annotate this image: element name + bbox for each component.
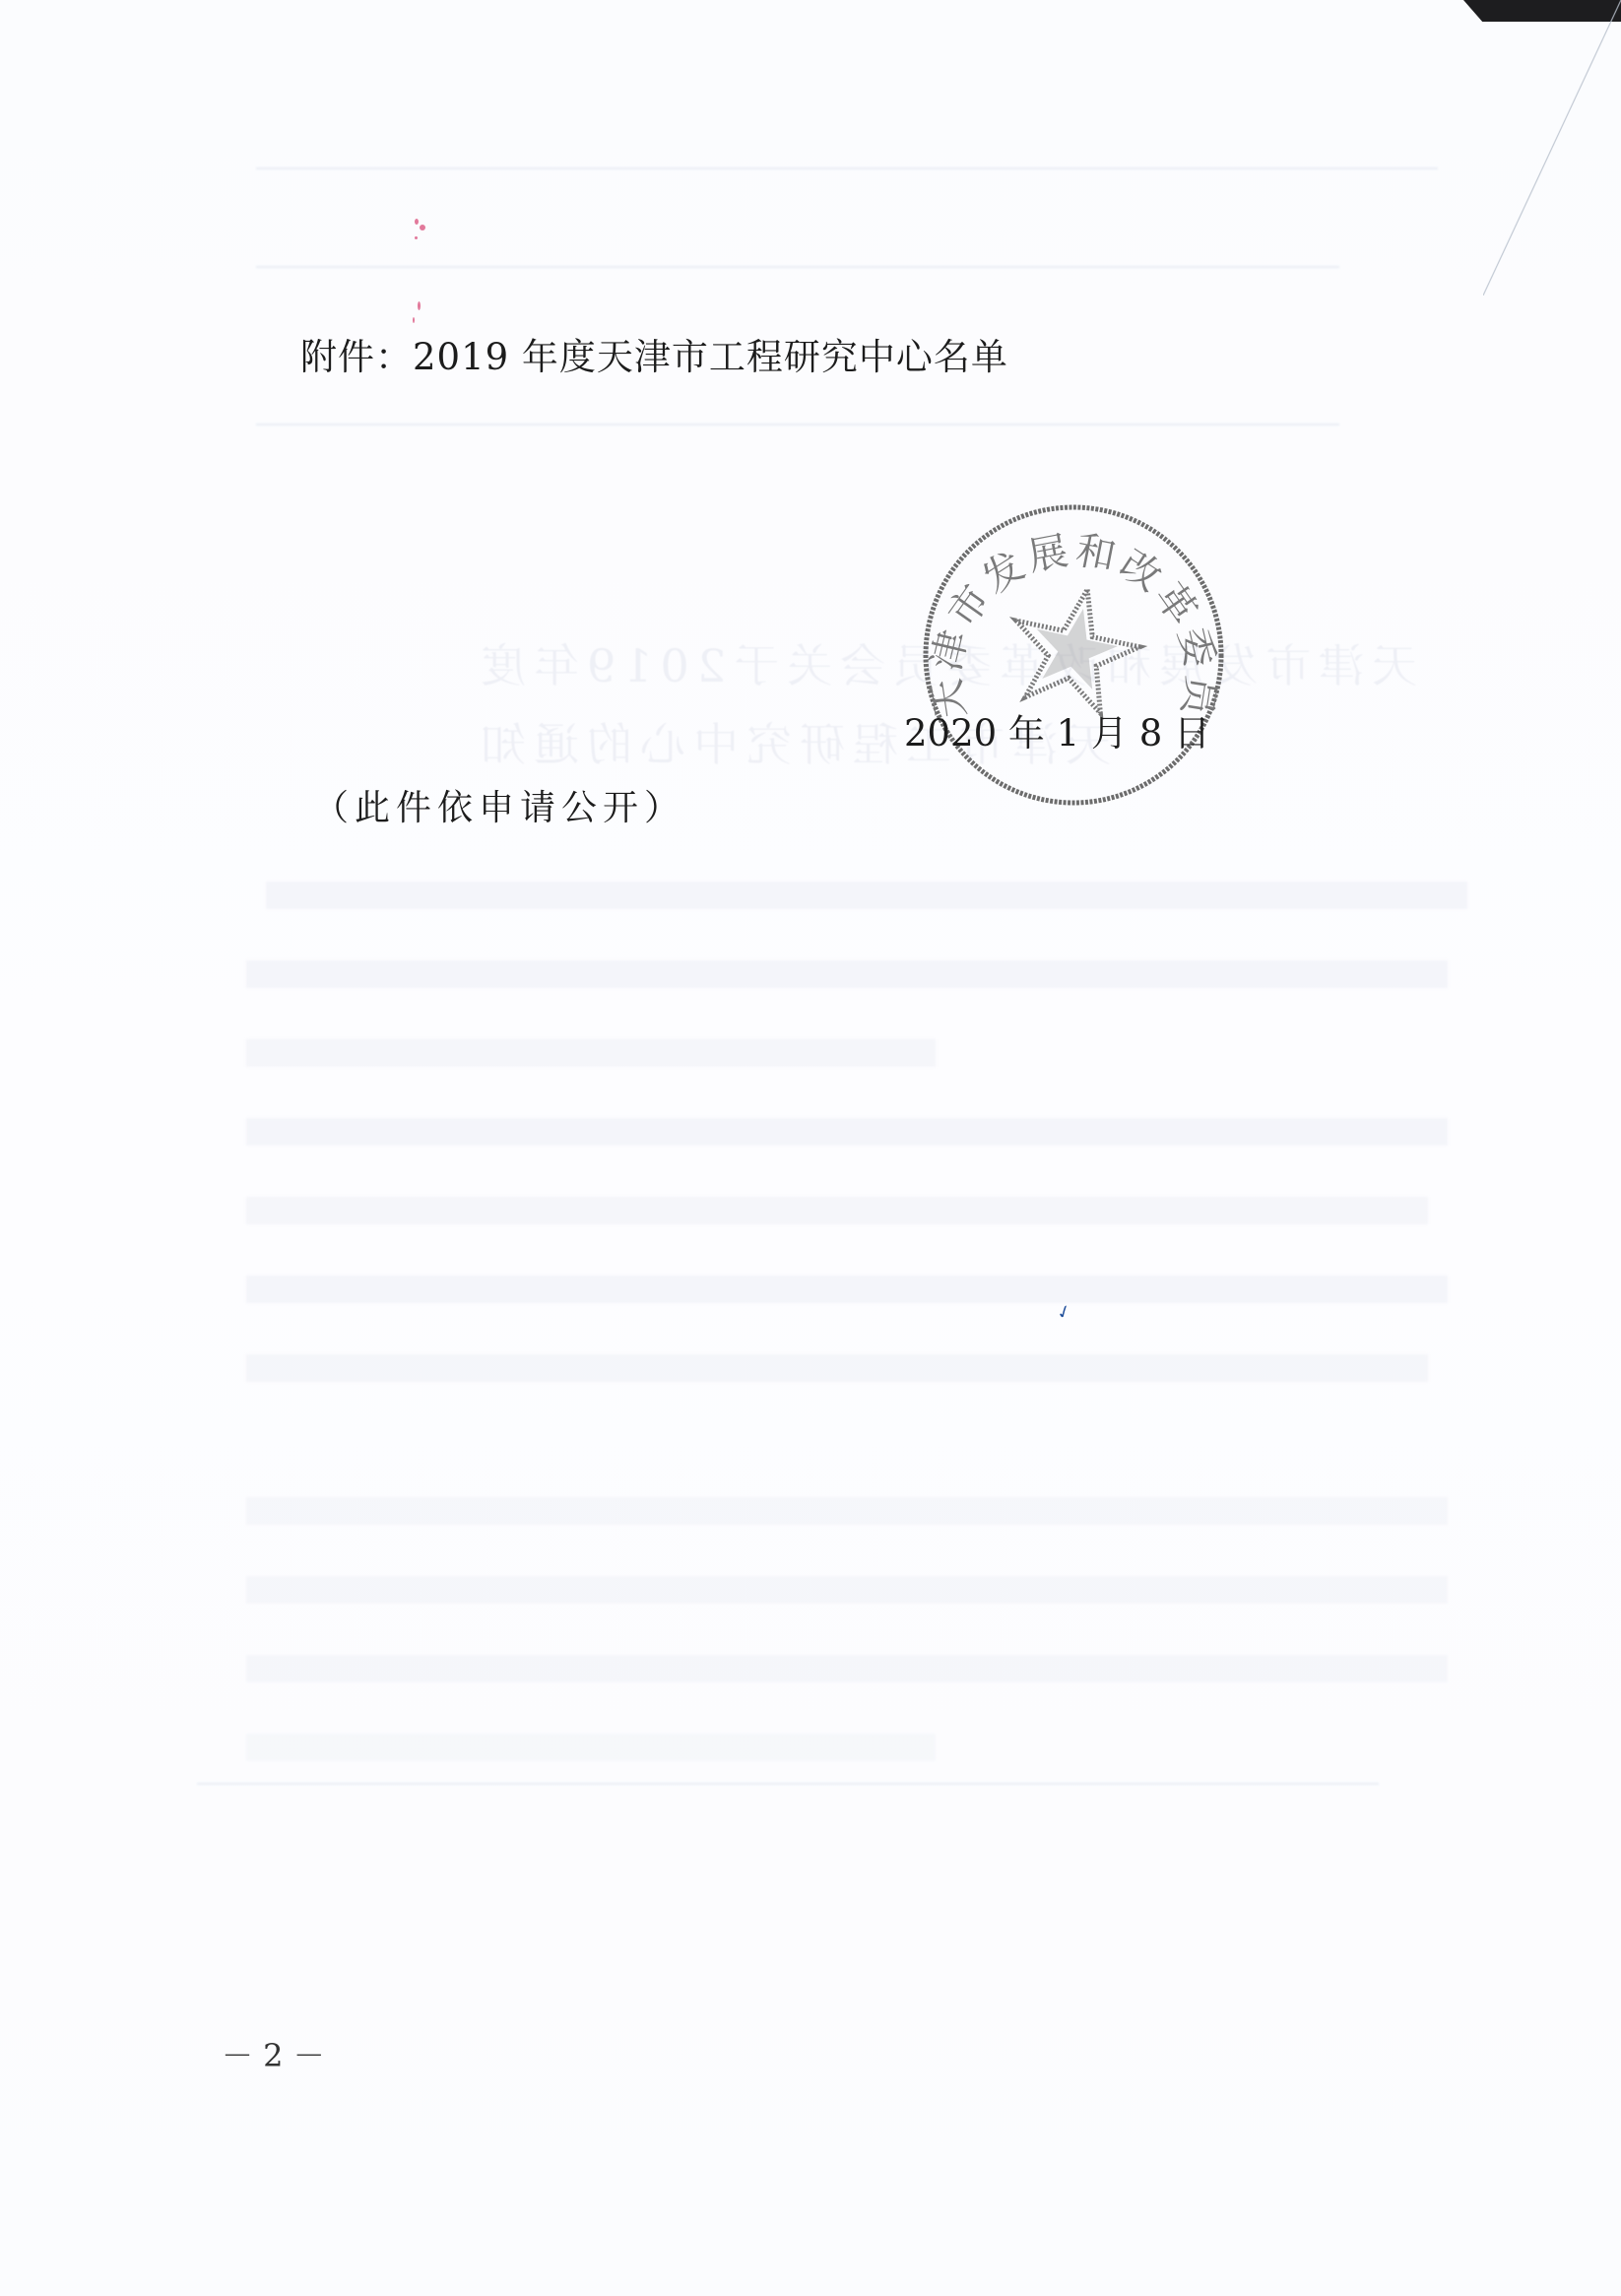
scanned-page: 天津市发展和改革委员会关于2019年度 天津市工程研究中心的通知 附件：2019… xyxy=(0,0,1621,2296)
bleed-through-paragraph xyxy=(266,882,1467,909)
page-fold-line xyxy=(1483,0,1621,295)
bleed-through-line xyxy=(256,266,1339,268)
bleed-through-paragraph xyxy=(246,1734,936,1761)
disclosure-note: （此件依申请公开） xyxy=(313,780,685,830)
bleed-through-paragraph xyxy=(246,1039,936,1067)
bleed-through-paragraph xyxy=(246,1197,1428,1224)
document-date: 2020 年 1 月 8 日 xyxy=(904,703,1210,756)
bleed-through-paragraph xyxy=(246,1655,1448,1682)
bleed-through-line xyxy=(256,167,1438,169)
bleed-through-paragraph xyxy=(246,1354,1428,1382)
bleed-through-paragraph xyxy=(246,1497,1448,1525)
bleed-through-line xyxy=(256,424,1339,426)
ink-speck xyxy=(415,236,418,239)
pen-mark: ✓ xyxy=(1054,1300,1074,1325)
bleed-through-paragraph xyxy=(246,1576,1448,1604)
bleed-through-paragraph xyxy=(246,1276,1448,1303)
bleed-through-paragraph xyxy=(246,1118,1448,1146)
ink-speck xyxy=(413,317,415,323)
bleed-through-paragraph xyxy=(246,960,1448,988)
ink-speck xyxy=(420,225,425,230)
ink-speck xyxy=(415,219,419,225)
ink-speck xyxy=(418,301,421,310)
bleed-through-line xyxy=(197,1783,1379,1785)
attachment-line: 附件：2019 年度天津市工程研究中心名单 xyxy=(300,327,1008,380)
official-seal-star-icon: 天津市发展和改革委员会 xyxy=(916,497,1231,813)
page-number: － 2 － xyxy=(222,2031,325,2076)
svg-text:天津市发展和改革委员会: 天津市发展和改革委员会 xyxy=(916,497,1224,722)
